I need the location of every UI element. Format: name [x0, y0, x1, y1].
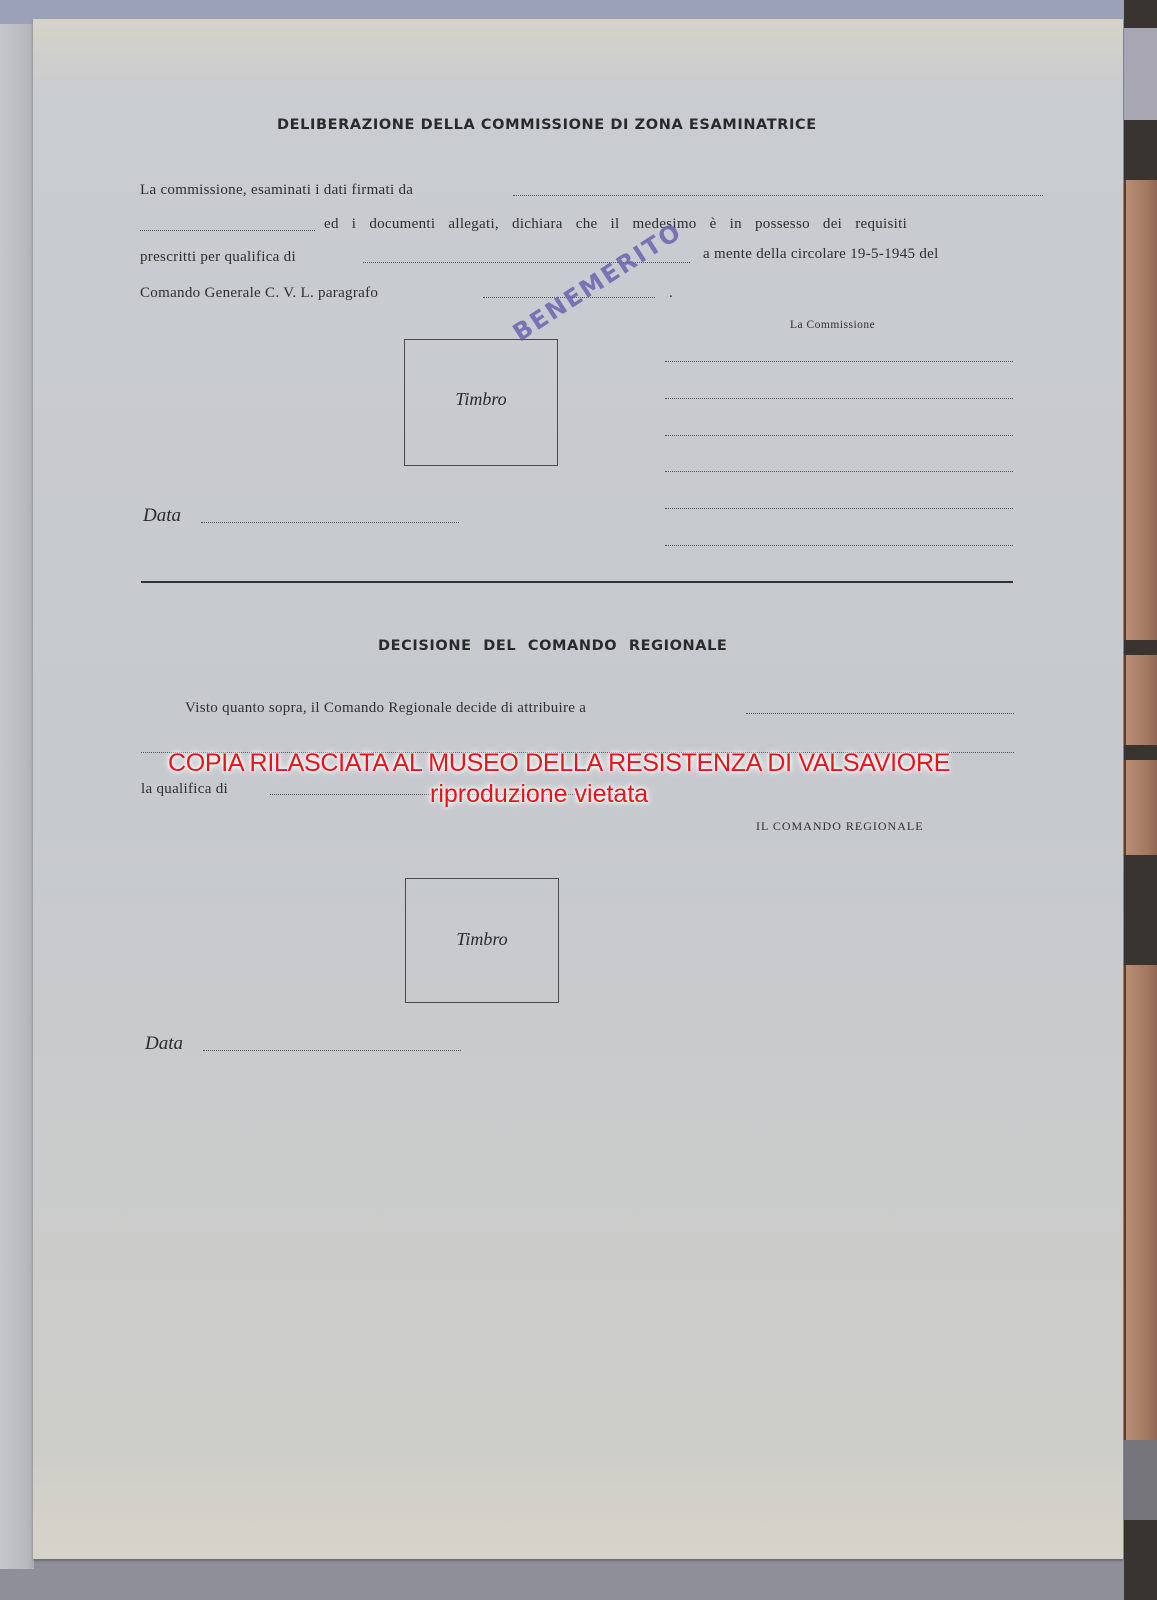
stamp-box-1-label: Timbro: [405, 389, 557, 410]
section-divider: [141, 581, 1013, 583]
ribbon-bookmark: [1124, 28, 1157, 120]
adjacent-page-edge: [0, 24, 34, 1569]
folder-tab-2: [1124, 655, 1157, 745]
folder-tab-1: [1124, 180, 1157, 640]
signer-name-field-cont[interactable]: [140, 230, 315, 231]
section1-date-field[interactable]: [201, 522, 459, 523]
section2-heading: DECISIONE DEL COMANDO REGIONALE: [378, 638, 727, 654]
section1-line4-end: .: [669, 285, 673, 302]
recipient-field[interactable]: [746, 713, 1014, 714]
stamp-box-2: Timbro: [405, 878, 559, 1003]
form-page: DELIBERAZIONE DELLA COMMISSIONE DI ZONA …: [33, 19, 1123, 1559]
backdrop-fabric-bottom: [0, 1555, 1157, 1600]
commission-signature-6[interactable]: [665, 545, 1013, 546]
benemerito-stamp: BENEMERITO: [508, 217, 687, 347]
watermark-line1: COPIA RILASCIATA AL MUSEO DELLA RESISTEN…: [168, 749, 950, 778]
stamp-box-2-label: Timbro: [406, 929, 558, 950]
comando-regionale-signature-label: IL COMANDO REGIONALE: [756, 819, 924, 834]
section2-line2: la qualifica di: [141, 781, 228, 798]
section2-line1: Visto quanto sopra, il Comando Regionale…: [185, 700, 586, 717]
section1-line3b: a mente della circolare 19-5-1945 del: [703, 246, 939, 263]
watermark-line2: riproduzione vietata: [430, 780, 648, 809]
section1-line2: ed i documenti allegati, dichiara che il…: [324, 216, 907, 233]
signer-name-field[interactable]: [513, 195, 1043, 196]
ribbon-bottom: [1124, 1440, 1157, 1520]
folder-tab-4: [1124, 965, 1157, 1440]
commission-signature-2[interactable]: [665, 398, 1013, 399]
stamp-box-1: Timbro: [404, 339, 558, 466]
section1-line4: Comando Generale C. V. L. paragrafo: [140, 285, 378, 302]
commission-label: La Commissione: [790, 319, 875, 331]
commission-signature-4[interactable]: [665, 471, 1013, 472]
commission-signature-3[interactable]: [665, 435, 1013, 436]
section2-date-label: Data: [145, 1033, 183, 1055]
section1-line1: La commissione, esaminati i dati firmati…: [140, 182, 413, 199]
folder-tab-3: [1124, 760, 1157, 855]
section2-date-field[interactable]: [203, 1050, 461, 1051]
commission-signature-5[interactable]: [665, 508, 1013, 509]
section1-date-label: Data: [143, 505, 181, 527]
commission-signature-1[interactable]: [665, 361, 1013, 362]
section1-heading: DELIBERAZIONE DELLA COMMISSIONE DI ZONA …: [277, 117, 817, 133]
section1-line3a: prescritti per qualifica di: [140, 249, 296, 266]
